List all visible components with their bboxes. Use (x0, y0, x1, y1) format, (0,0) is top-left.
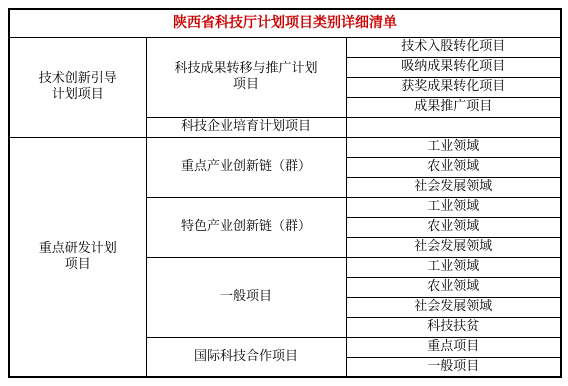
table-title-row: 陕西省科技厅计划项目类别详细清单 (9, 9, 561, 37)
level3-cell: 农业领域 (346, 217, 561, 237)
level3-cell-empty (346, 117, 561, 137)
level3-cell: 社会发展领域 (346, 297, 561, 317)
level3-cell: 获奖成果转化项目 (346, 77, 561, 97)
table-title: 陕西省科技厅计划项目类别详细清单 (9, 9, 561, 37)
level1-cell: 技术创新引导 计划项目 (9, 37, 146, 137)
level2-cell: 科技成果转移与推广计划 项目 (146, 37, 346, 117)
level3-cell: 一般项目 (346, 357, 561, 377)
project-category-table: 陕西省科技厅计划项目类别详细清单 技术创新引导 计划项目 科技成果转移与推广计划… (8, 8, 562, 378)
level3-cell: 重点项目 (346, 337, 561, 357)
level3-cell: 工业领域 (346, 197, 561, 217)
table-row: 技术创新引导 计划项目 科技成果转移与推广计划 项目 技术入股转化项目 (9, 37, 561, 57)
level3-cell: 科技扶贫 (346, 317, 561, 337)
level3-cell: 工业领域 (346, 257, 561, 277)
level2-cell: 国际科技合作项目 (146, 337, 346, 377)
level3-cell: 技术入股转化项目 (346, 37, 561, 57)
level3-cell: 社会发展领域 (346, 237, 561, 257)
document-page: 陕西省科技厅计划项目类别详细清单 技术创新引导 计划项目 科技成果转移与推广计划… (0, 0, 568, 386)
level3-cell: 农业领域 (346, 277, 561, 297)
level2-cell: 特色产业创新链（群） (146, 197, 346, 257)
level3-cell: 社会发展领域 (346, 177, 561, 197)
level1-cell: 重点研发计划 项目 (9, 137, 146, 377)
level2-cell: 重点产业创新链（群） (146, 137, 346, 197)
level2-cell: 科技企业培育计划项目 (146, 117, 346, 137)
level3-cell: 农业领域 (346, 157, 561, 177)
level2-cell: 一般项目 (146, 257, 346, 337)
level3-cell: 工业领域 (346, 137, 561, 157)
level3-cell: 吸纳成果转化项目 (346, 57, 561, 77)
table-row: 重点研发计划 项目 重点产业创新链（群） 工业领域 (9, 137, 561, 157)
level3-cell: 成果推广项目 (346, 97, 561, 117)
